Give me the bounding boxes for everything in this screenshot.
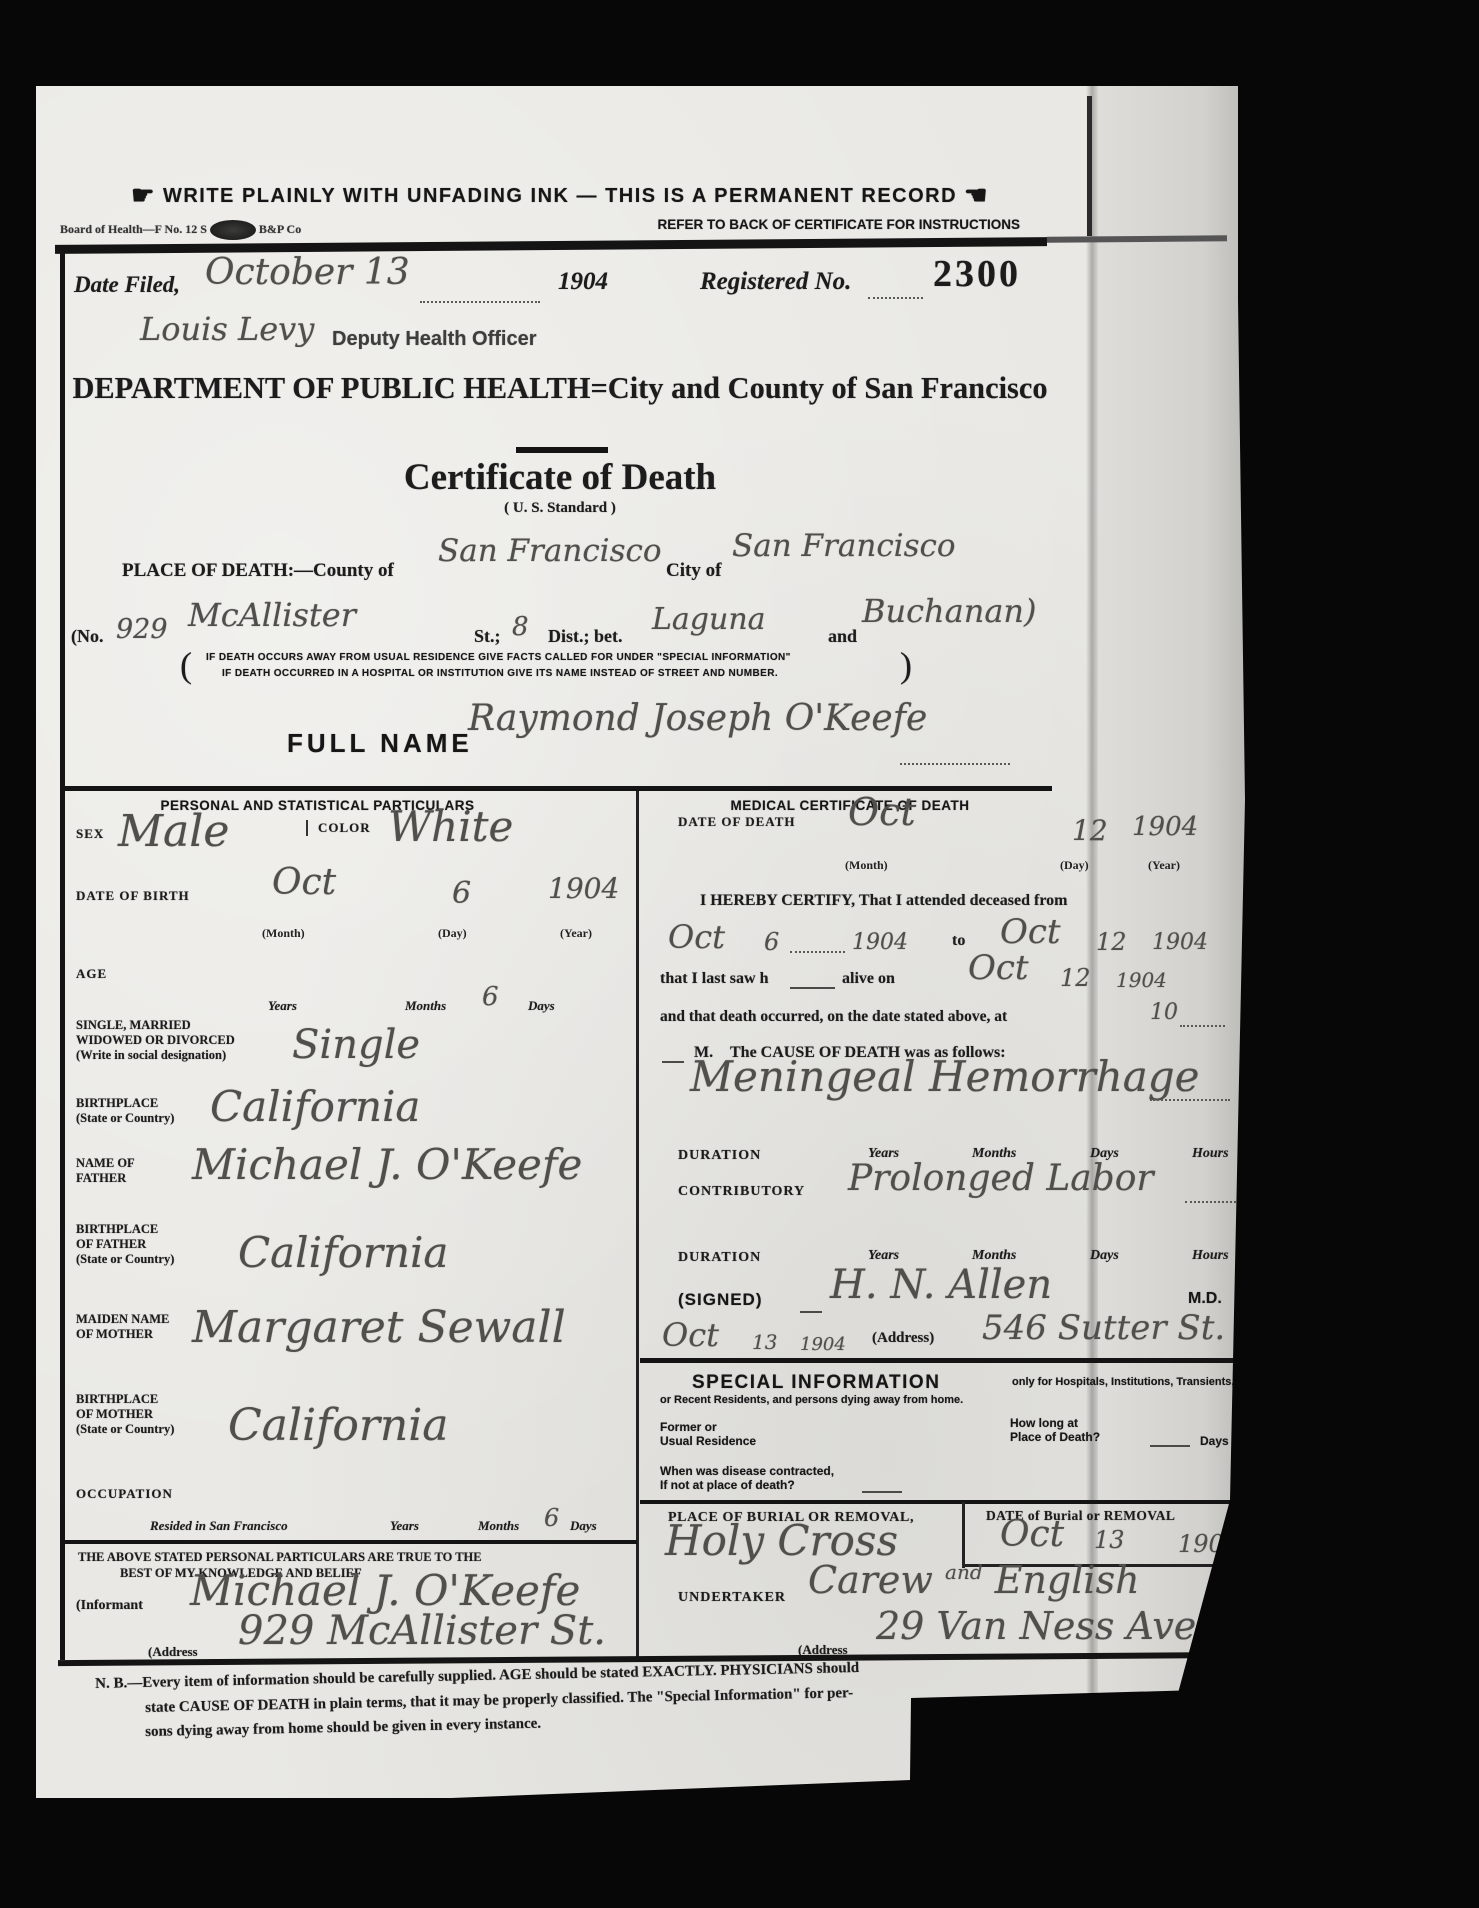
mother-name-value: Margaret Sewall (192, 1302, 566, 1353)
place-city-value: San Francisco (732, 528, 956, 564)
death-month-caption: (Month) (845, 858, 888, 873)
district-label: Dist.; bet. (548, 626, 623, 647)
place-county-value: San Francisco (438, 533, 662, 569)
sex-label: SEX (76, 826, 104, 842)
pointing-hand-right-icon: ☛ (131, 180, 156, 210)
signed-label: (SIGNED) (678, 1290, 763, 1310)
burial-rule (640, 1500, 1252, 1504)
contributory-value: Prolonged Labor (848, 1158, 1154, 1199)
marital-status-label: SINGLE, MARRIED WIDOWED OR DIVORCED (Wri… (76, 1018, 235, 1063)
special-info-title: SPECIAL INFORMATION (692, 1372, 940, 1394)
age-months-label: Months (405, 998, 446, 1014)
physician-signature: H. N. Allen (830, 1262, 1052, 1308)
and-label: and (828, 626, 857, 647)
date-filed-value: October 13 (205, 252, 410, 293)
fill-line (790, 950, 845, 953)
last-saw-day: 12 (1060, 964, 1091, 992)
marital-status-value: Single (292, 1022, 420, 1068)
column-divider (636, 790, 639, 1658)
scanned-death-certificate: { "banner": { "hand_left": "☛", "hand_ri… (0, 0, 1479, 1908)
resided-months-value: 6 (544, 1504, 559, 1532)
attended-from-year: 1904 (852, 930, 908, 955)
residence-note-1: IF DEATH OCCURS AWAY FROM USUAL RESIDENC… (206, 652, 791, 663)
duration-label-2: DURATION (678, 1250, 761, 1266)
refer-to-back-line: REFER TO BACK OF CERTIFICATE FOR INSTRUC… (600, 217, 1020, 232)
death-hour-value: 10 (1150, 1000, 1178, 1025)
fill-line (1185, 1200, 1240, 1203)
death-year-caption: (Year) (1148, 858, 1180, 873)
fill-line (662, 1060, 684, 1063)
certificate-subtitle: ( U. S. Standard ) (310, 500, 810, 517)
occupation-label: OCCUPATION (76, 1486, 173, 1502)
board-suffix: B&P Co (259, 222, 301, 236)
street-name-value: McAllister (188, 596, 356, 634)
dob-month-value: Oct (272, 862, 336, 903)
fill-line (1150, 1444, 1190, 1447)
dob-year-value: 1904 (548, 872, 619, 905)
last-saw-year: 1904 (1116, 968, 1167, 992)
duration2-hours: Hours (1192, 1248, 1229, 1264)
fill-line (862, 1490, 902, 1493)
undertaker-part1: Carew (808, 1558, 933, 1602)
note-close-paren: ) (900, 644, 912, 686)
date-filed-label: Date Filed, (74, 272, 180, 298)
attest-line-1: THE ABOVE STATED PERSONAL PARTICULARS AR… (78, 1550, 482, 1565)
signed-date-day: 13 (752, 1330, 777, 1354)
fill-line (900, 762, 1010, 765)
registered-no-label: Registered No. (700, 268, 851, 296)
to-label: to (952, 932, 965, 950)
sex-value: Male (118, 806, 229, 857)
title-separator-bar (516, 447, 608, 453)
color-value: White (388, 802, 513, 851)
board-of-health-line: Board of Health—F No. 12 SB&P Co (60, 220, 301, 240)
street-no-value: 929 (116, 614, 168, 645)
contributory-label: CONTRIBUTORY (678, 1184, 805, 1200)
duration2-days: Days (1090, 1248, 1119, 1264)
father-name-label: NAME OF FATHER (76, 1156, 135, 1186)
burial-date-month: Oct (1000, 1514, 1064, 1555)
informant-address-value: 929 McAllister St. (238, 1608, 606, 1654)
undertaker-value: Carew and English (808, 1558, 1140, 1602)
undertaker-address-value: 29 Van Ness Ave. (876, 1604, 1208, 1648)
disease-contracted-label: When was disease contracted, If not at p… (660, 1464, 834, 1492)
certificate-title: Certificate of Death (310, 456, 810, 499)
signed-date-month: Oct (662, 1316, 719, 1354)
attended-to-year: 1904 (1152, 930, 1208, 955)
duration1-hours: Hours (1192, 1146, 1229, 1162)
death-month-value: Oct (848, 790, 916, 834)
fill-line (800, 1310, 822, 1313)
scan-edge-mark (1087, 96, 1092, 236)
pointing-hand-left-icon: ☚ (964, 180, 989, 210)
death-occurred-label: and that death occurred, on the date sta… (660, 1008, 1007, 1026)
father-birthplace-label: BIRTHPLACE OF FATHER (State or Country) (76, 1222, 174, 1267)
last-saw-label: that I last saw h (660, 970, 768, 988)
how-long-label: How long at Place of Death? (1010, 1416, 1100, 1444)
full-name-label: FULL NAME (287, 728, 473, 759)
board-prefix: Board of Health—F No. 12 S (60, 222, 207, 236)
box-left-border (60, 252, 65, 1660)
note-open-paren: ( (180, 644, 192, 686)
full-name-value: Raymond Joseph O'Keefe (468, 698, 927, 739)
md-label: M.D. (1188, 1290, 1222, 1308)
health-officer-signature: Louis Levy (140, 310, 314, 348)
physician-address-value: 546 Sutter St. (982, 1308, 1225, 1348)
date-filed-year: 1904 (558, 268, 608, 296)
fill-line (420, 300, 540, 303)
attest-rule (62, 1540, 637, 1544)
death-day-value: 12 (1072, 814, 1108, 847)
age-days-label: Days (528, 998, 555, 1014)
dob-day-value: 6 (452, 876, 471, 911)
attended-from-day: 6 (764, 928, 779, 956)
death-day-caption: (Day) (1060, 858, 1089, 873)
mother-name-label: MAIDEN NAME OF MOTHER (76, 1312, 169, 1342)
resided-days-label: Days (570, 1518, 597, 1534)
death-year-value: 1904 (1132, 812, 1198, 842)
between-street2-value: Buchanan) (862, 592, 1037, 630)
age-years-label: Years (268, 998, 297, 1014)
color-label: COLOR (306, 820, 371, 836)
st-label: St.; (474, 626, 501, 647)
undertaker-part2: English (995, 1558, 1140, 1602)
resided-years-label: Years (390, 1518, 419, 1534)
date-of-birth-label: DATE OF BIRTH (76, 888, 190, 904)
residence-note-2: IF DEATH OCCURRED IN A HOSPITAL OR INSTI… (222, 668, 778, 679)
printer-stamp-icon (210, 220, 256, 240)
undertaker-label: UNDERTAKER (678, 1590, 786, 1606)
attended-from-month: Oct (668, 918, 725, 956)
age-days-value: 6 (482, 982, 499, 1012)
health-officer-title: Deputy Health Officer (332, 328, 536, 351)
how-long-days-label: Days (1200, 1434, 1229, 1448)
burial-date-day: 13 (1094, 1526, 1125, 1554)
resided-months-label: Months (478, 1518, 519, 1534)
physician-address-label: (Address) (872, 1330, 934, 1347)
street-no-label: (No. (71, 626, 104, 647)
last-saw-month: Oct (968, 948, 1029, 988)
place-of-death-label: PLACE OF DEATH:—County of (122, 560, 394, 582)
duration-label-1: DURATION (678, 1148, 761, 1164)
attended-to-month: Oct (1000, 912, 1061, 952)
between-street1-value: Laguna (652, 602, 766, 637)
fill-line (868, 296, 923, 299)
city-of-label: City of (666, 560, 721, 582)
alive-on-label: alive on (842, 970, 895, 988)
special-info-qualifier-2: or Recent Residents, and persons dying a… (660, 1394, 963, 1406)
mother-birthplace-value: California (228, 1400, 449, 1451)
father-name-value: Michael J. O'Keefe (192, 1140, 582, 1189)
father-birthplace-value: California (238, 1228, 448, 1277)
mother-birthplace-label: BIRTHPLACE OF MOTHER (State or Country) (76, 1392, 174, 1437)
resided-label: Resided in San Francisco (150, 1518, 288, 1534)
attended-to-day: 12 (1096, 928, 1127, 956)
informant-address-label: (Address (148, 1644, 198, 1660)
birthplace-value: California (210, 1082, 420, 1131)
registered-no-value: 2300 (933, 252, 1021, 296)
informant-label: (Informant (76, 1598, 143, 1614)
cause-of-death-value: Meningeal Hemorrhage (690, 1052, 1200, 1101)
banner-text: WRITE PLAINLY WITH UNFADING INK — THIS I… (163, 185, 957, 207)
fill-line (1150, 1098, 1230, 1101)
district-value: 8 (512, 612, 529, 642)
dob-year-caption: (Year) (560, 926, 592, 941)
fill-line (1180, 1024, 1225, 1027)
department-title: DEPARTMENT OF PUBLIC HEALTH=City and Cou… (70, 370, 1050, 406)
dob-month-caption: (Month) (262, 926, 305, 941)
fill-line (790, 986, 835, 989)
special-info-qualifier-1: only for Hospitals, Institutions, Transi… (1012, 1376, 1234, 1388)
signed-date-year: 1904 (800, 1334, 846, 1355)
dob-day-caption: (Day) (438, 926, 467, 941)
birthplace-label: BIRTHPLACE (State or Country) (76, 1096, 174, 1126)
certify-intro: I HEREBY CERTIFY, That I attended deceas… (700, 892, 1067, 910)
undertaker-and: and (945, 1560, 983, 1584)
age-label: AGE (76, 966, 107, 982)
date-of-death-label: DATE OF DEATH (678, 814, 796, 830)
banner-line: ☛ WRITE PLAINLY WITH UNFADING INK — THIS… (95, 180, 1025, 211)
special-info-rule (640, 1358, 1252, 1363)
former-residence-label: Former or Usual Residence (660, 1420, 756, 1448)
